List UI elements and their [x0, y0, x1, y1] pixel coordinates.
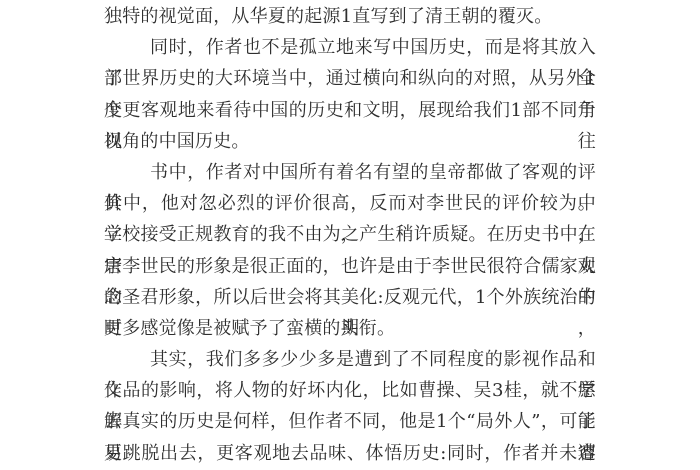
text-line: 解真实的历史是何样，但作者不同，他是1个“局外人”，可能更容: [104, 406, 596, 437]
body-text: 独特的视觉面，从华夏的起源1直写到了清王朝的覆灭。同时，作者也不是孤立地来写中国…: [104, 1, 596, 469]
text-line: 度更客观地来看待中国的历史和文明，展现给我们1部不同于以往: [104, 95, 596, 126]
text-line: 的圣君形象，所以后世会将其美化:反观元代，1个外族统治的时期，: [104, 282, 596, 313]
text-line: 独特的视觉面，从华夏的起源1直写到了清王朝的覆灭。: [104, 1, 596, 32]
text-line: 部世界历史的大环境当中，通过横向和纵向的对照，从另外1个角: [104, 63, 596, 94]
text-line: 其实，我们多多少少多是遭到了不同程度的影视作品和文学: [104, 344, 596, 375]
text-line: 易跳脱出去，更客观地去品味、体悟历史:同时，作者并未遭到多少: [104, 438, 596, 469]
text-line: 同时，作者也不是孤立地来写中国历史，而是将其放入了全: [104, 32, 596, 63]
text-line: 学校接受正规教育的我不由为之产生稍许质疑。在历史书中，唐太: [104, 219, 596, 250]
document-page: 独特的视觉面，从华夏的起源1直写到了清王朝的覆灭。同时，作者也不是孤立地来写中国…: [0, 0, 700, 470]
text-line: 书中，作者对中国所有着名有望的皇帝都做了客观的评价。: [104, 157, 596, 188]
text-line: 其中，他对忽必烈的评价很高，反而对李世民的评价较为中立，在: [104, 188, 596, 219]
text-line: 宗李世民的形象是很正面的，也许是由于李世民很符合儒家观念中: [104, 251, 596, 282]
text-line: 作品的影响，将人物的好坏内化，比如曹操、吴3桂，就不愿去了: [104, 375, 596, 406]
